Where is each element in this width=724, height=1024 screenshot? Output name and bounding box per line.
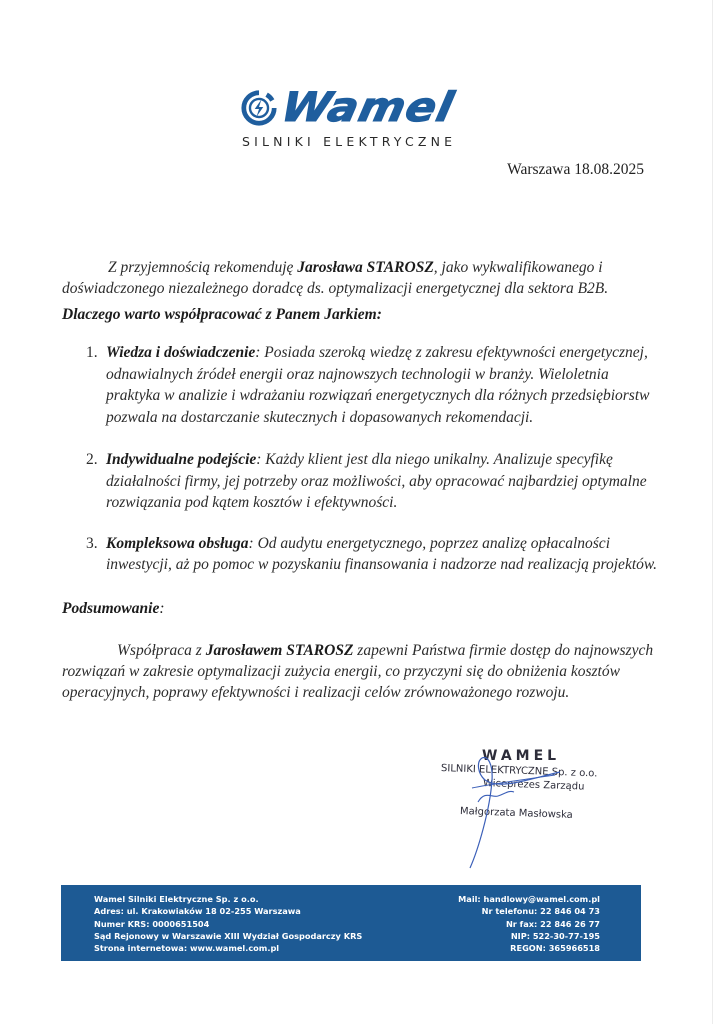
summary-paragraph: Współpraca z Jarosławem STAROSZ zapewni … (62, 640, 662, 703)
footer-fax: Nr fax: 22 846 26 77 (458, 918, 600, 930)
footer-website[interactable]: Strona internetowa: www.wamel.com.pl (94, 942, 362, 954)
summary-person-name: Jarosławem STAROSZ (206, 642, 354, 659)
list-item: 3. Kompleksowa obsługa: Od audytu energe… (86, 533, 666, 576)
logo-tagline: SILNIKI ELEKTRYCZNE (242, 134, 480, 149)
list-number: 1. (86, 342, 98, 364)
footer-email[interactable]: Mail: handlowy@wamel.com.pl (458, 893, 600, 905)
intro-text-1: Z przyjemnością rekomenduję (108, 259, 297, 276)
company-footer: Wamel Silniki Elektryczne Sp. z o.o. Adr… (61, 885, 641, 961)
logo-row: Wamel (240, 86, 480, 130)
list-number: 3. (86, 533, 98, 555)
summary-indent (62, 642, 117, 659)
summary-heading-colon: : (159, 600, 164, 617)
footer-company-info: Wamel Silniki Elektryczne Sp. z o.o. Adr… (94, 893, 362, 954)
date-line: Warszawa 18.08.2025 (507, 161, 644, 179)
list-number: 2. (86, 449, 98, 471)
summary-text-1: Współpraca z (117, 642, 206, 659)
list-item-title: Indywidualne podejście (106, 451, 256, 468)
reasons-list: 1. Wiedza i doświadczenie: Posiada szero… (86, 342, 666, 576)
footer-nip: NIP: 522-30-77-195 (458, 930, 600, 942)
summary-heading: Podsumowanie: (62, 598, 662, 619)
lightning-power-icon (240, 89, 278, 127)
summary-heading-text: Podsumowanie (62, 600, 159, 617)
list-item-title: Kompleksowa obsługa (106, 535, 249, 552)
list-item: 1. Wiedza i doświadczenie: Posiada szero… (86, 342, 666, 428)
handwritten-signature (430, 750, 590, 870)
footer-phone: Nr telefonu: 22 846 04 73 (458, 905, 600, 917)
scan-edge-line (712, 0, 713, 1024)
logo-wordmark: Wamel (278, 88, 458, 128)
intro-paragraph: Z przyjemnością rekomenduję Jarosława ST… (62, 257, 662, 299)
recommended-person-name: Jarosława STAROSZ (297, 259, 434, 276)
company-logo: Wamel SILNIKI ELEKTRYCZNE (240, 86, 480, 149)
footer-company-name: Wamel Silniki Elektryczne Sp. z o.o. (94, 893, 362, 905)
footer-krs: Numer KRS: 0000651504 (94, 918, 362, 930)
list-item: 2. Indywidualne podejście: Każdy klient … (86, 449, 666, 514)
intro-indent (62, 259, 108, 276)
footer-court: Sąd Rejonowy w Warszawie XIII Wydział Go… (94, 930, 362, 942)
footer-regon: REGON: 365966518 (458, 942, 600, 954)
footer-contact-info: Mail: handlowy@wamel.com.pl Nr telefonu:… (458, 893, 600, 954)
section-question-heading: Dlaczego warto współpracować z Panem Jar… (62, 304, 662, 325)
list-item-title: Wiedza i doświadczenie (106, 344, 255, 361)
footer-address: Adres: ul. Krakowiaków 18 02-255 Warszaw… (94, 905, 362, 917)
